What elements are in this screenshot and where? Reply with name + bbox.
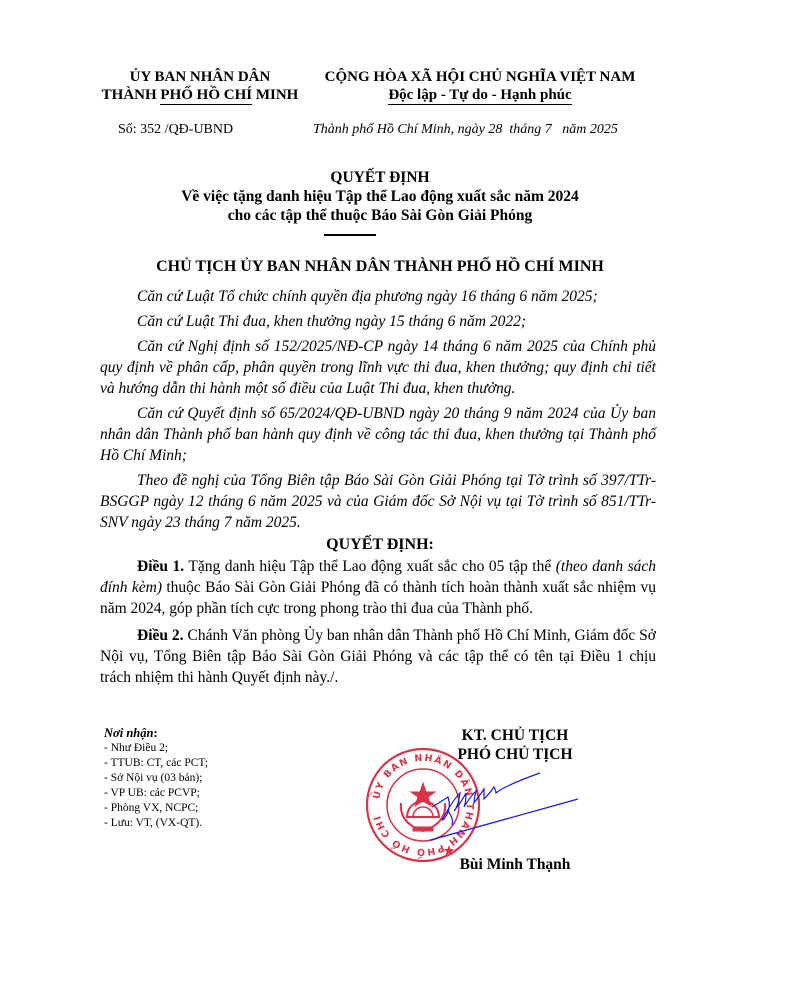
title-divider bbox=[324, 234, 376, 236]
recipients: Nơi nhận: - Như Điều 2;- TTUB: CT, các P… bbox=[104, 726, 304, 831]
legal-basis-4: Căn cứ Quyết định số 65/2024/QĐ-UBND ngà… bbox=[100, 403, 656, 466]
title-heading: QUYẾT ĐỊNH bbox=[100, 168, 660, 187]
title-subject-1: Về việc tặng danh hiệu Tập thể Lao động … bbox=[100, 187, 660, 206]
articles: Điều 1. Tặng danh hiệu Tập thể Lao động … bbox=[100, 556, 656, 688]
article-2: Điều 2. Chánh Văn phòng Ủy ban nhân dân … bbox=[100, 625, 656, 688]
document-number: Số: 352 /QĐ-UBND bbox=[118, 122, 233, 138]
issuing-authority: CHỦ TỊCH ỦY BAN NHÂN DÂN THÀNH PHỐ HỒ CH… bbox=[100, 258, 660, 276]
legal-basis-1: Căn cứ Luật Tổ chức chính quyền địa phươ… bbox=[100, 286, 656, 307]
recipient-item: - VP UB: các PCVP; bbox=[104, 786, 304, 801]
handwritten-signature-icon bbox=[430, 765, 590, 845]
recipient-item: - Như Điều 2; bbox=[104, 741, 304, 756]
agency-line-1: ỦY BAN NHÂN DÂN bbox=[95, 68, 305, 86]
proposal: Theo đề nghị của Tổng Biên tập Báo Sài G… bbox=[100, 470, 656, 533]
article-1-label: Điều 1. bbox=[137, 558, 184, 575]
national-motto: CỘNG HÒA XÃ HỘI CHỦ NGHĨA VIỆT NAM Độc l… bbox=[300, 68, 660, 105]
place-date: Thành phố Hồ Chí Minh, ngày 28 tháng 7 n… bbox=[313, 122, 618, 138]
recipient-item: - Phòng VX, NCPC; bbox=[104, 801, 304, 816]
recipients-heading: Nơi nhận: bbox=[104, 726, 304, 741]
legal-basis-3: Căn cứ Nghị định số 152/2025/NĐ-CP ngày … bbox=[100, 336, 656, 399]
issuing-agency: ỦY BAN NHÂN DÂN THÀNH PHỐ HỒ CHÍ MINH bbox=[95, 68, 305, 105]
recipient-item: - TTUB: CT, các PCT; bbox=[104, 756, 304, 771]
motto: Độc lập - Tự do - Hạnh phúc bbox=[300, 86, 660, 105]
legal-basis-2: Căn cứ Luật Thi đua, khen thưởng ngày 15… bbox=[100, 311, 656, 332]
signature-line-1: KT. CHỦ TỊCH bbox=[400, 726, 630, 745]
article-2-label: Điều 2. bbox=[137, 627, 184, 644]
recipient-item: - Sở Nội vụ (03 bản); bbox=[104, 771, 304, 786]
agency-line-2: THÀNH PHỐ HỒ CHÍ MINH bbox=[95, 86, 305, 105]
recipients-list: - Như Điều 2;- TTUB: CT, các PCT;- Sở Nộ… bbox=[104, 741, 304, 831]
article-1: Điều 1. Tặng danh hiệu Tập thể Lao động … bbox=[100, 556, 656, 619]
signer-name: Bùi Minh Thạnh bbox=[400, 856, 630, 874]
title-subject-2: cho các tập thể thuộc Báo Sài Gòn Giải P… bbox=[100, 206, 660, 225]
recipient-item: - Lưu: VT, (VX-QT). bbox=[104, 816, 304, 831]
decision-heading: QUYẾT ĐỊNH: bbox=[100, 536, 660, 554]
document-title: QUYẾT ĐỊNH Về việc tặng danh hiệu Tập th… bbox=[100, 168, 660, 225]
signature-line-2: PHÓ CHỦ TỊCH bbox=[400, 745, 630, 764]
preamble: Căn cứ Luật Tổ chức chính quyền địa phươ… bbox=[100, 286, 656, 533]
signature-title: KT. CHỦ TỊCH PHÓ CHỦ TỊCH bbox=[400, 726, 630, 764]
country-name: CỘNG HÒA XÃ HỘI CHỦ NGHĨA VIỆT NAM bbox=[300, 68, 660, 86]
